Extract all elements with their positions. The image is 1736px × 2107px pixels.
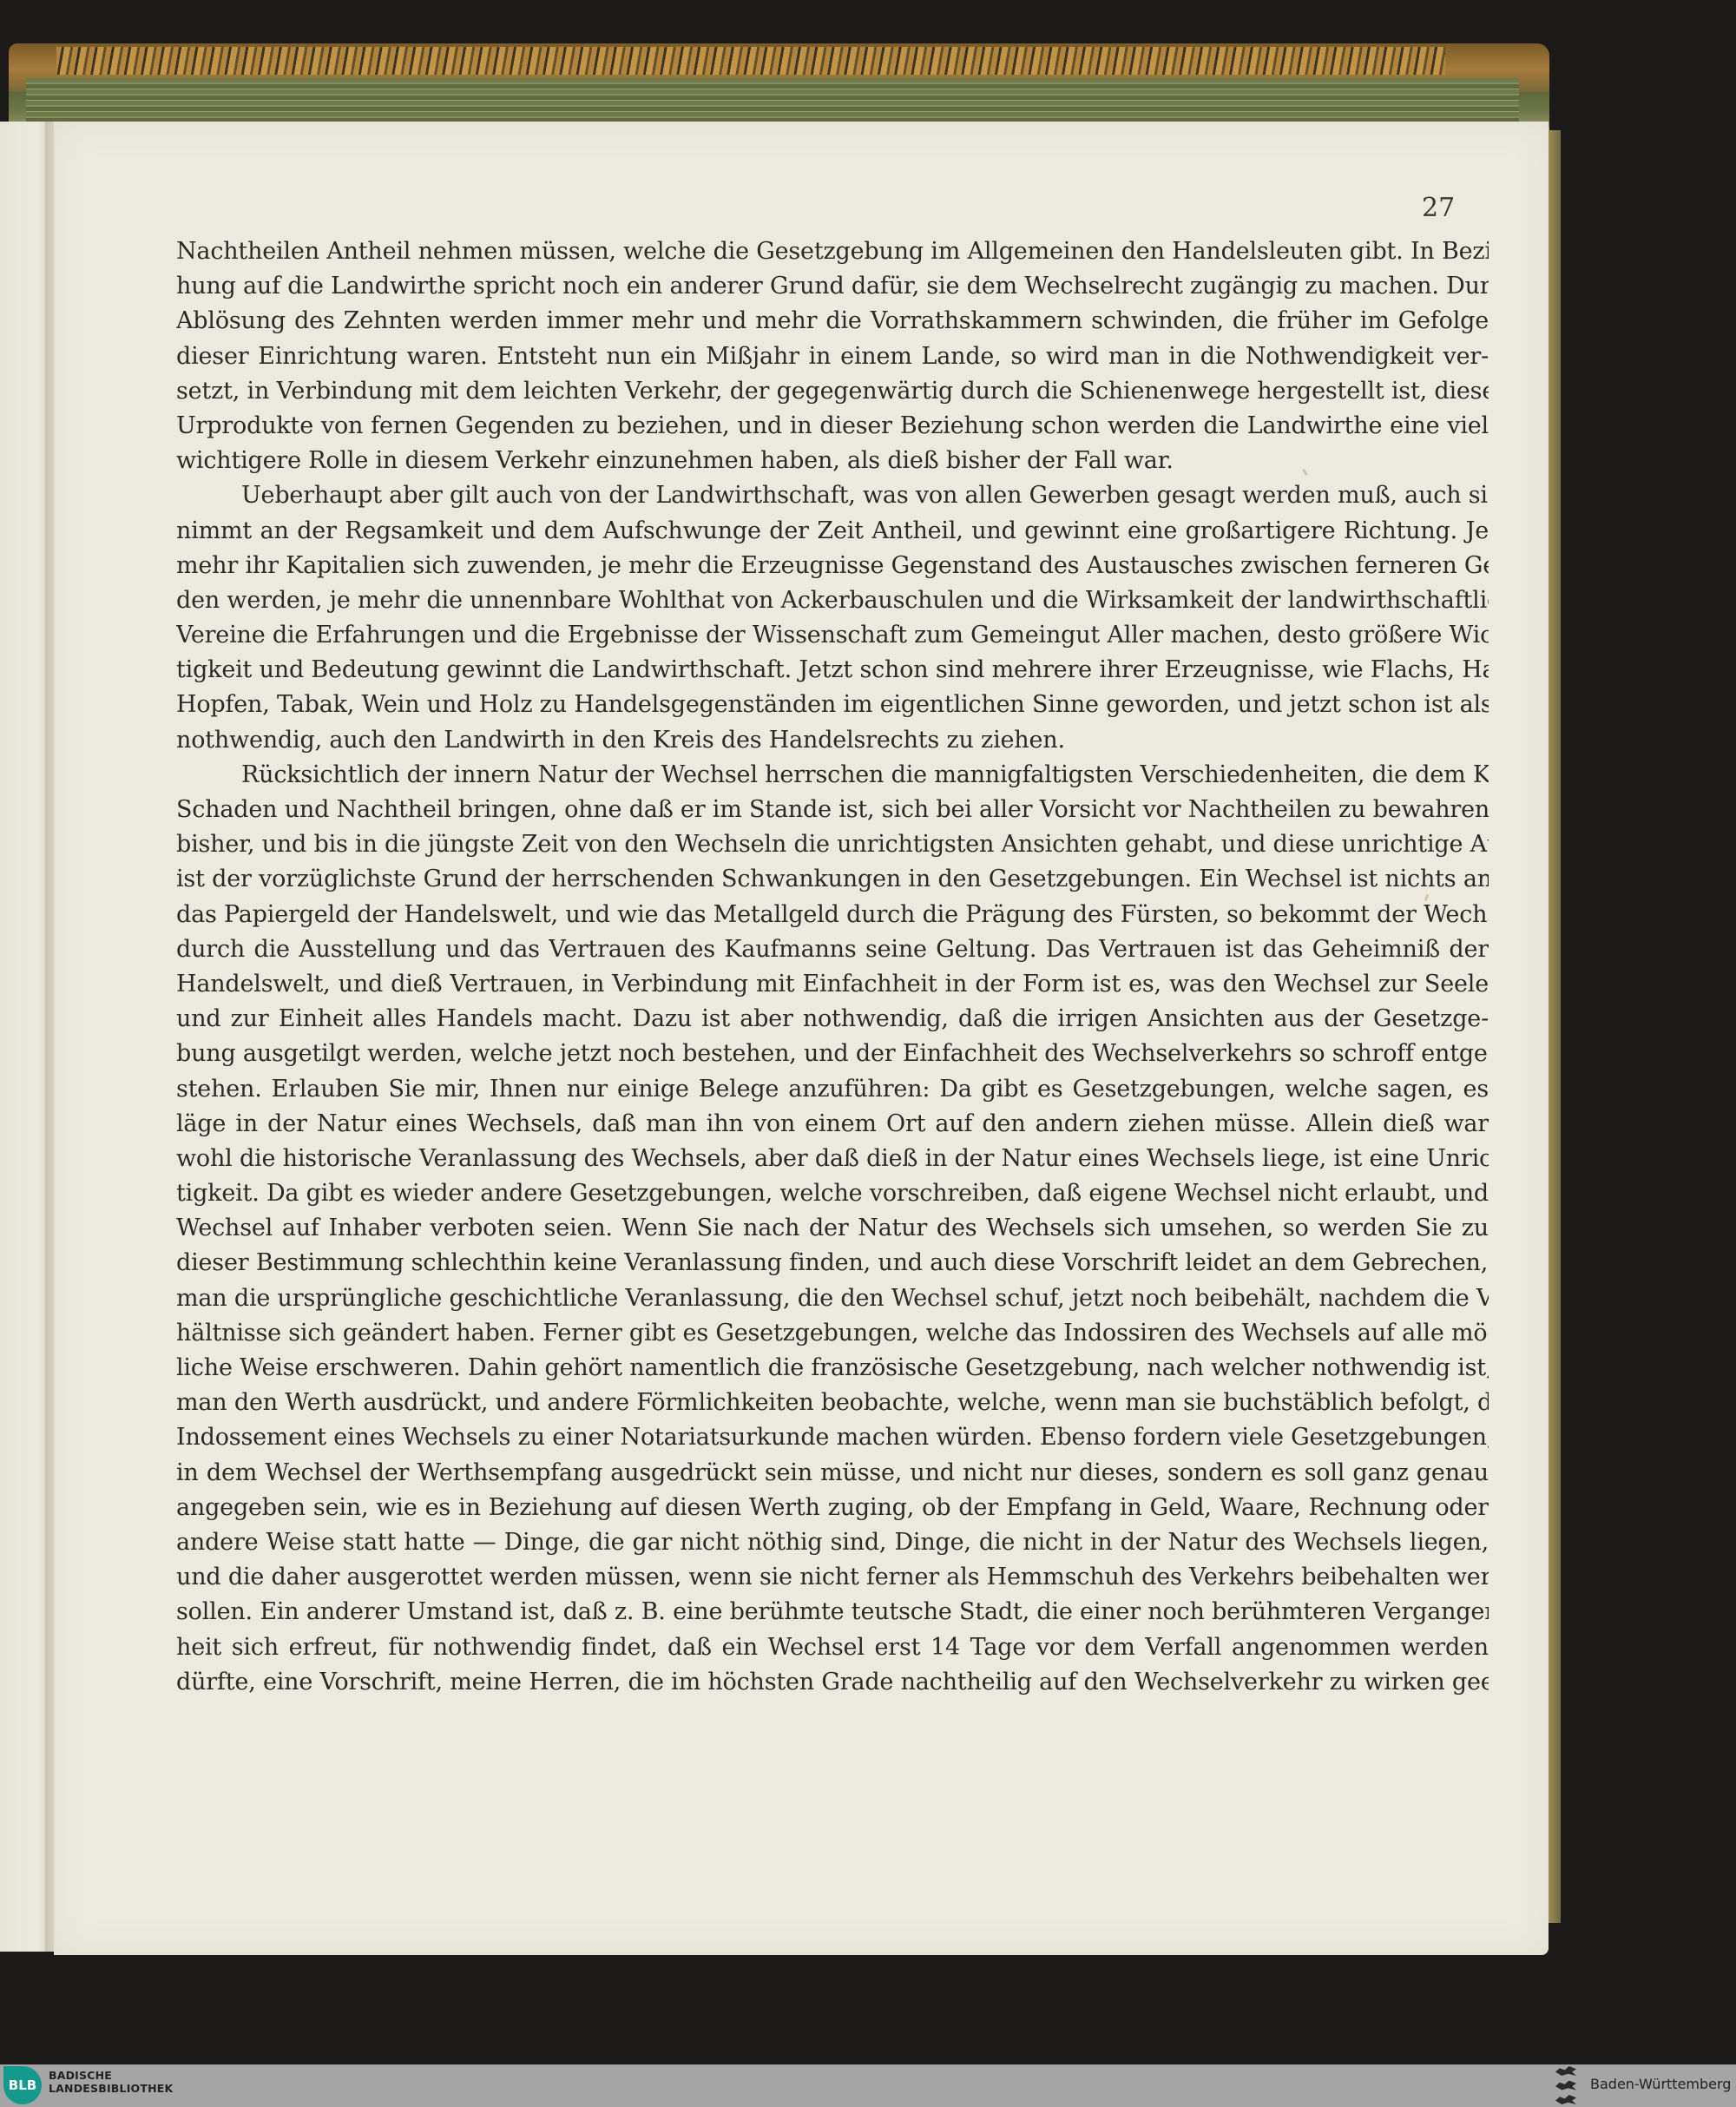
text-line: Wechsel auf Inhaber verboten seien. Wenn… [176,1211,1489,1246]
text-line: hältnisse sich geändert haben. Ferner gi… [176,1316,1489,1351]
blb-logo-icon[interactable]: BLB [3,2066,42,2104]
text-line: hung auf die Landwirthe spricht noch ein… [176,269,1489,304]
text-line: dieser Einrichtung waren. Entsteht nun e… [176,339,1489,374]
page-fore-edge [1549,130,1561,1923]
book-top-edge [9,43,1549,130]
text-line: man die ursprüngliche geschichtliche Ver… [176,1281,1489,1316]
text-line: in dem Wechsel der Werthsempfang ausgedr… [176,1456,1489,1491]
text-line: durch die Ausstellung und das Vertrauen … [176,932,1489,967]
text-line: Ablösung des Zehnten werden immer mehr u… [176,304,1489,339]
page-block-edge [26,78,1519,127]
text-line: setzt, in Verbindung mit dem leichten Ve… [176,374,1489,409]
text-line: bisher, und bis in die jüngste Zeit von … [176,827,1489,862]
text-line: Indossement eines Wechsels zu einer Nota… [176,1420,1489,1455]
baden-wuerttemberg-lions-icon [1555,2066,1578,2104]
text-line: liche Weise erschweren. Dahin gehört nam… [176,1351,1489,1386]
library-name-line2: LANDESBIBLIOTHEK [49,2082,173,2095]
text-line: man den Werth ausdrückt, und andere Förm… [176,1386,1489,1420]
text-line: läge in der Natur eines Wechsels, daß ma… [176,1107,1489,1142]
text-line: tigkeit und Bedeutung gewinnt die Landwi… [176,653,1489,688]
text-line: Urprodukte von fernen Gegenden zu bezieh… [176,409,1489,444]
text-line: dieser Bestimmung schlechthin keine Vera… [176,1246,1489,1281]
text-line: das Papiergeld der Handelswelt, und wie … [176,898,1489,932]
state-name[interactable]: Baden-Württemberg [1590,2076,1731,2092]
text-line: bung ausgetilgt werden, welche jetzt noc… [176,1037,1489,1071]
text-line: mehr ihr Kapitalien sich zuwenden, je me… [176,549,1489,583]
page-number: 27 [1422,193,1455,223]
text-line: Ueberhaupt aber gilt auch von der Landwi… [176,478,1489,513]
text-line: andere Weise statt hatte — Dinge, die ga… [176,1525,1489,1560]
text-line: und die daher ausgerottet werden müssen,… [176,1560,1489,1595]
text-line: angegeben sein, wie es in Beziehung auf … [176,1491,1489,1525]
text-line: stehen. Erlauben Sie mir, Ihnen nur eini… [176,1072,1489,1107]
text-line: und zur Einheit alles Handels macht. Daz… [176,1002,1489,1037]
footer-bar [0,2064,1736,2107]
marbled-cover-edge [56,47,1445,75]
text-line: Vereine die Erfahrungen und die Ergebnis… [176,618,1489,653]
text-line: wohl die historische Veranlassung des We… [176,1142,1489,1176]
text-line: Nachtheilen Antheil nehmen müssen, welch… [176,234,1489,269]
text-line: heit sich erfreut, für nothwendig findet… [176,1630,1489,1665]
text-line: dürfte, eine Vorschrift, meine Herren, d… [176,1665,1489,1700]
text-line: wichtigere Rolle in diesem Verkehr einzu… [176,444,1489,478]
body-text: Nachtheilen Antheil nehmen müssen, welch… [176,234,1489,1700]
text-line: Schaden und Nachtheil bringen, ohne daß … [176,793,1489,827]
text-line: Handelswelt, und dieß Vertrauen, in Verb… [176,967,1489,1002]
text-line: tigkeit. Da gibt es wieder andere Gesetz… [176,1176,1489,1211]
text-line: nothwendig, auch den Landwirth in den Kr… [176,723,1489,758]
text-line: Rücksichtlich der innern Natur der Wechs… [176,758,1489,793]
text-line: nimmt an der Regsamkeit und dem Aufschwu… [176,514,1489,549]
text-line: Hopfen, Tabak, Wein und Holz zu Handelsg… [176,688,1489,722]
library-name[interactable]: BADISCHE LANDESBIBLIOTHEK [49,2069,173,2095]
blb-logo-text: BLB [9,2077,36,2093]
text-line: sollen. Ein anderer Umstand ist, daß z. … [176,1595,1489,1630]
text-line: den werden, je mehr die unnennbare Wohlt… [176,583,1489,618]
text-line: ist der vorzüglichste Grund der herrsche… [176,862,1489,897]
library-name-line1: BADISCHE [49,2069,173,2082]
